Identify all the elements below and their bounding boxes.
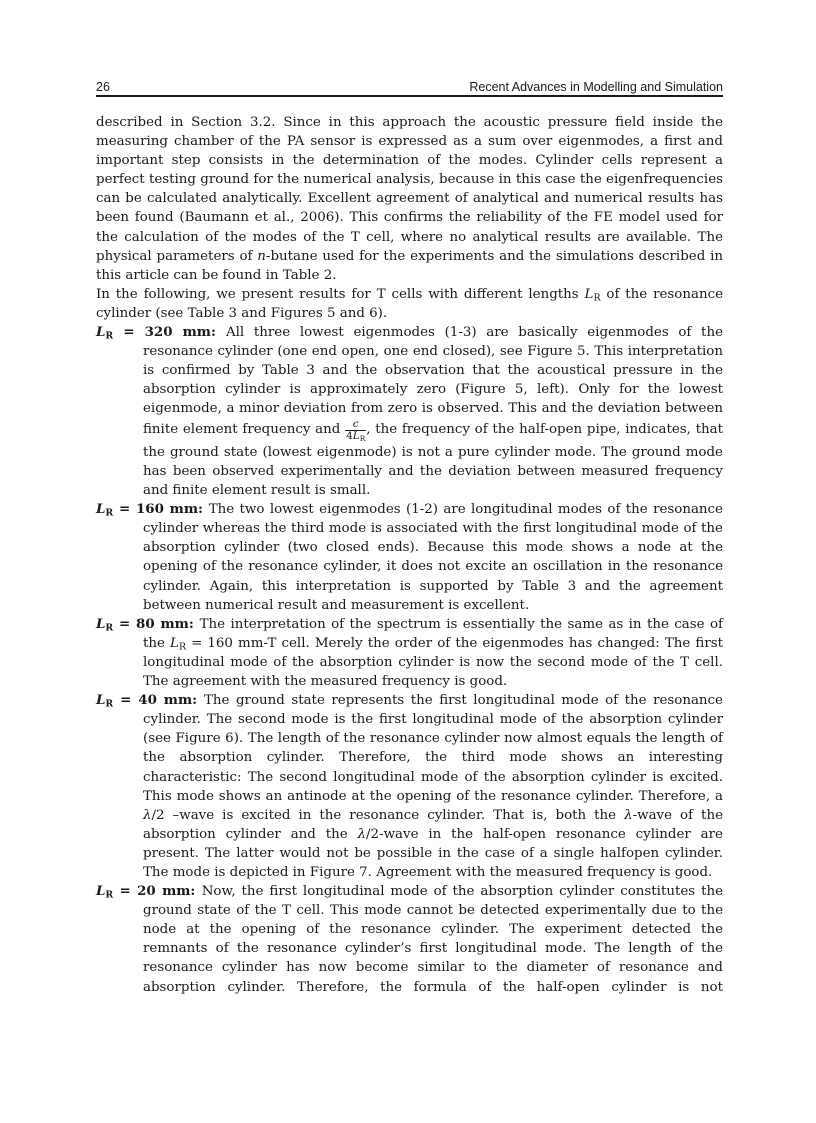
body-paragraphs: described in Section 3.2. Since in this …	[96, 113, 723, 997]
lr-20-paragraph: LR = 20 mm: Now, the first longitudinal …	[96, 882, 723, 997]
variable-with-subscript: LR	[585, 287, 601, 302]
variable-with-subscript: LR	[96, 324, 113, 340]
inline-fraction: c4LR	[345, 419, 366, 443]
variable-with-subscript: LR	[96, 692, 113, 708]
header-rule	[96, 95, 723, 97]
page-number: 26	[96, 80, 110, 94]
variable-with-subscript: LR	[96, 883, 113, 899]
page-body: described in Section 3.2. Since in this …	[96, 113, 723, 997]
variable-with-subscript: LR	[96, 501, 113, 517]
lr-160-paragraph: LR = 160 mm: The two lowest eigenmodes (…	[96, 500, 723, 615]
page-header: 26 Recent Advances in Modelling and Simu…	[96, 80, 723, 94]
following-paragraph: In the following, we present results for…	[96, 285, 723, 323]
variable-with-subscript: LR	[170, 636, 186, 651]
document-page: 26 Recent Advances in Modelling and Simu…	[0, 0, 816, 1123]
paragraph-label: LR = 20 mm:	[96, 884, 202, 899]
paragraph-label: LR = 160 mm:	[96, 502, 209, 517]
running-title: Recent Advances in Modelling and Simulat…	[469, 80, 723, 94]
paragraph-label: LR = 40 mm:	[96, 693, 204, 708]
lr-80-paragraph: LR = 80 mm: The interpretation of the sp…	[96, 615, 723, 691]
paragraph-label: LR = 320 mm:	[96, 325, 226, 340]
lr-40-paragraph: LR = 40 mm: The ground state represents …	[96, 691, 723, 882]
variable-with-subscript: LR	[353, 430, 365, 442]
paragraph-label: LR = 80 mm:	[96, 617, 200, 632]
intro-paragraph: described in Section 3.2. Since in this …	[96, 113, 723, 285]
variable-with-subscript: LR	[96, 616, 113, 632]
lr-320-paragraph: LR = 320 mm: All three lowest eigenmodes…	[96, 323, 723, 500]
